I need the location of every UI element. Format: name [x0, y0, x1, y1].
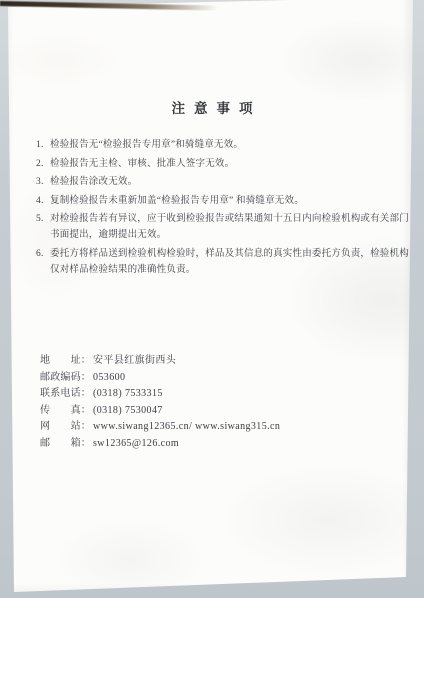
- contact-row-fax: 传 真：(0318) 7530047: [40, 403, 280, 420]
- notice-text: 检验报告无主检、审核、批准人签字无效。: [50, 159, 234, 169]
- notice-text: 委托方将样品送到检验机构检验时，样品及其信息的真实性由委托方负责，检验机构仅对样…: [50, 249, 409, 275]
- contact-value: 安平县红旗街西头: [93, 355, 176, 366]
- contact-value: sw12365@126.com: [93, 438, 179, 449]
- contact-label: 联系电话：: [40, 388, 91, 399]
- contact-label: 网 站：: [40, 421, 91, 432]
- contact-row-website: 网 站：www.siwang12365.cn/ www.siwang315.cn: [40, 419, 280, 436]
- notice-item: 2. 检验报告无主检、审核、批准人签字无效。: [36, 156, 410, 172]
- notice-number: 4.: [36, 193, 44, 209]
- notice-text: 检验报告涂改无效。: [50, 177, 137, 187]
- contact-value: 053600: [93, 372, 125, 383]
- notice-number: 6.: [36, 246, 44, 262]
- contact-value: (0318) 7530047: [93, 405, 163, 416]
- contact-label: 地 址：: [40, 355, 91, 366]
- contact-row-address: 地 址：安平县红旗街西头: [40, 353, 280, 370]
- contact-value: (0318) 7533315: [93, 388, 163, 399]
- notice-number: 5.: [36, 211, 44, 227]
- contact-label: 邮政编码：: [40, 372, 91, 383]
- contact-label: 传 真：: [40, 405, 91, 416]
- page-content: 注意事项 1. 检验报告无“检验报告专用章”和骑缝章无效。 2. 检验报告无主检…: [0, 0, 424, 600]
- notice-item: 5. 对检验报告若有异议，应于收到检验报告或结果通知十五日内向检验机构或有关部门…: [36, 211, 410, 243]
- notice-text: 复制检验报告未重新加盖“检验报告专用章” 和骑缝章无效。: [50, 196, 304, 206]
- scanned-document-photo: 注意事项 1. 检验报告无“检验报告专用章”和骑缝章无效。 2. 检验报告无主检…: [0, 0, 424, 700]
- notice-item: 4. 复制检验报告未重新加盖“检验报告专用章” 和骑缝章无效。: [36, 193, 410, 209]
- contact-row-email: 邮 箱：sw12365@126.com: [40, 436, 280, 453]
- notice-list: 1. 检验报告无“检验报告专用章”和骑缝章无效。 2. 检验报告无主检、审核、批…: [36, 137, 410, 280]
- contact-value: www.siwang12365.cn/ www.siwang315.cn: [93, 421, 280, 432]
- contact-label: 邮 箱：: [40, 438, 91, 449]
- contact-row-postcode: 邮政编码：053600: [40, 370, 280, 387]
- notice-text: 检验报告无“检验报告专用章”和骑缝章无效。: [50, 140, 243, 150]
- notice-number: 3.: [36, 174, 44, 190]
- contact-row-phone: 联系电话：(0318) 7533315: [40, 386, 280, 403]
- notice-number: 1.: [36, 137, 44, 153]
- notice-item: 3. 检验报告涂改无效。: [36, 174, 410, 190]
- notice-item: 6. 委托方将样品送到检验机构检验时，样品及其信息的真实性由委托方负责，检验机构…: [36, 246, 410, 278]
- notice-number: 2.: [36, 156, 44, 172]
- page-title: 注意事项: [0, 97, 424, 117]
- notice-item: 1. 检验报告无“检验报告专用章”和骑缝章无效。: [36, 137, 410, 153]
- notice-text: 对检验报告若有异议，应于收到检验报告或结果通知十五日内向检验机构或有关部门书面提…: [50, 214, 409, 240]
- contact-block: 地 址：安平县红旗街西头 邮政编码：053600 联系电话：(0318) 753…: [40, 353, 280, 452]
